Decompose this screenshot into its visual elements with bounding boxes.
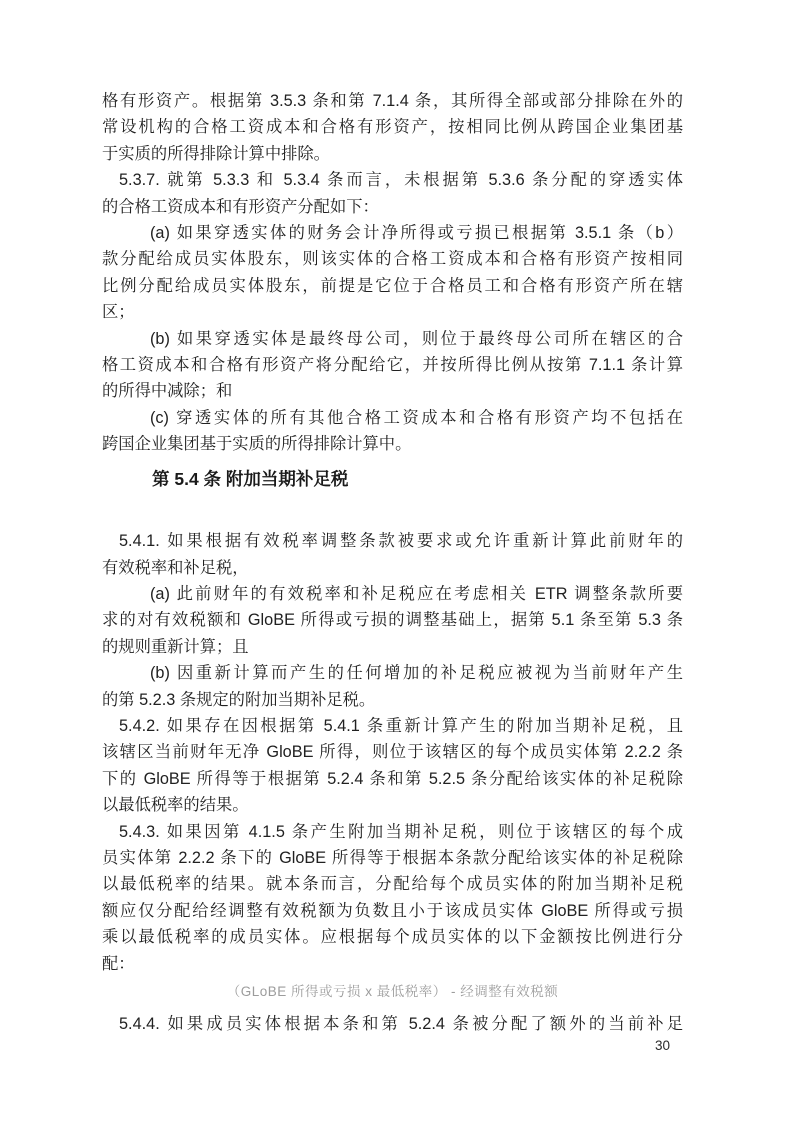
text-line: 有效税率和补足税， (102, 555, 683, 581)
paragraph: (a) 此前财年的有效税率和补足税应在考虑相关 ETR 调整条款所要求的对有效税… (102, 581, 683, 660)
body-text: 格有形资产。根据第 3.5.3 条和第 7.1.4 条，其所得全部或部分排除在外… (102, 88, 683, 1037)
text-line: 格有形资产。根据第 3.5.3 条和第 7.1.4 条，其所得全部或部分排除在外… (102, 88, 683, 114)
text-line: 下的 GloBE 所得等于根据第 5.2.4 条和第 5.2.5 条分配给该实体… (102, 766, 683, 792)
text-line: 求的对有效税额和 GloBE 所得或亏损的调整基础上，据第 5.1 条至第 5.… (102, 607, 683, 633)
paragraph: 5.4.2. 如果存在因根据第 5.4.1 条重新计算产生的附加当期补足税，且该… (102, 713, 683, 819)
paragraph: 格有形资产。根据第 3.5.3 条和第 7.1.4 条，其所得全部或部分排除在外… (102, 88, 683, 167)
text-line: 的所得中减除；和 (102, 378, 683, 404)
text-line: 员实体第 2.2.2 条下的 GloBE 所得等于根据本条款分配给该实体的补足税… (102, 845, 683, 871)
formula: （GLoBE 所得或亏损 x 最低税率） - 经调整有效税额 (102, 983, 683, 1001)
text-line: 以最低税率的结果。 (102, 792, 683, 818)
text-line: (a) 如果穿透实体的财务会计净所得或亏损已根据第 3.5.1 条（b） (102, 220, 683, 246)
text-line: 5.4.4. 如果成员实体根据本条和第 5.2.4 条被分配了额外的当前补足 (102, 1011, 683, 1037)
page-number: 30 (655, 1038, 670, 1053)
paragraph: 5.3.7. 就第 5.3.3 和 5.3.4 条而言，未根据第 5.3.6 条… (102, 167, 683, 220)
paragraph: 5.4.4. 如果成员实体根据本条和第 5.2.4 条被分配了额外的当前补足 (102, 1011, 683, 1037)
section-heading: 第 5.4 条 附加当期补足税 (102, 466, 683, 492)
document-page: 格有形资产。根据第 3.5.3 条和第 7.1.4 条，其所得全部或部分排除在外… (0, 0, 794, 1123)
text-line: 的规则重新计算；且 (102, 634, 683, 660)
paragraph: (b) 如果穿透实体是最终母公司，则位于最终母公司所在辖区的合格工资成本和合格有… (102, 326, 683, 405)
text-line: 的合格工资成本和有形资产分配如下： (102, 194, 683, 220)
text-line: (b) 因重新计算而产生的任何增加的补足税应被视为当前财年产生 (102, 660, 683, 686)
text-line: 乘以最低税率的成员实体。应根据每个成员实体的以下金额按比例进行分 (102, 924, 683, 950)
text-line: 跨国企业集团基于实质的所得排除计算中。 (102, 431, 683, 457)
text-line: (c) 穿透实体的所有其他合格工资成本和合格有形资产均不包括在 (102, 405, 683, 431)
text-line: 区； (102, 299, 683, 325)
text-line: 比例分配给成员实体股东，前提是它位于合格员工和合格有形资产所在辖 (102, 273, 683, 299)
text-line: 额应仅分配给经调整有效税额为负数且小于该成员实体 GloBE 所得或亏损 (102, 898, 683, 924)
text-line: 配： (102, 951, 683, 977)
text-line: 以最低税率的结果。就本条而言，分配给每个成员实体的附加当期补足税 (102, 871, 683, 897)
text-line: 款分配给成员实体股东，则该实体的合格工资成本和合格有形资产按相同 (102, 246, 683, 272)
paragraph: 5.4.3. 如果因第 4.1.5 条产生附加当期补足税，则位于该辖区的每个成员… (102, 819, 683, 977)
paragraph: (a) 如果穿透实体的财务会计净所得或亏损已根据第 3.5.1 条（b）款分配给… (102, 220, 683, 326)
paragraph: 5.4.1. 如果根据有效税率调整条款被要求或允许重新计算此前财年的有效税率和补… (102, 528, 683, 581)
text-line: (b) 如果穿透实体是最终母公司，则位于最终母公司所在辖区的合 (102, 326, 683, 352)
text-line: 5.4.2. 如果存在因根据第 5.4.1 条重新计算产生的附加当期补足税，且 (102, 713, 683, 739)
text-line: 5.4.1. 如果根据有效税率调整条款被要求或允许重新计算此前财年的 (102, 528, 683, 554)
text-line: 5.3.7. 就第 5.3.3 和 5.3.4 条而言，未根据第 5.3.6 条… (102, 167, 683, 193)
text-line: 该辖区当前财年无净 GloBE 所得，则位于该辖区的每个成员实体第 2.2.2 … (102, 739, 683, 765)
text-line: 于实质的所得排除计算中排除。 (102, 141, 683, 167)
text-line: (a) 此前财年的有效税率和补足税应在考虑相关 ETR 调整条款所要 (102, 581, 683, 607)
text-line: 常设机构的合格工资成本和合格有形资产，按相同比例从跨国企业集团基 (102, 114, 683, 140)
text-line: 5.4.3. 如果因第 4.1.5 条产生附加当期补足税，则位于该辖区的每个成 (102, 819, 683, 845)
paragraph: (c) 穿透实体的所有其他合格工资成本和合格有形资产均不包括在跨国企业集团基于实… (102, 405, 683, 458)
text-line: 的第 5.2.3 条规定的附加当期补足税。 (102, 687, 683, 713)
paragraph: (b) 因重新计算而产生的任何增加的补足税应被视为当前财年产生的第 5.2.3 … (102, 660, 683, 713)
text-line: 格工资成本和合格有形资产将分配给它，并按所得比例从按第 7.1.1 条计算 (102, 352, 683, 378)
